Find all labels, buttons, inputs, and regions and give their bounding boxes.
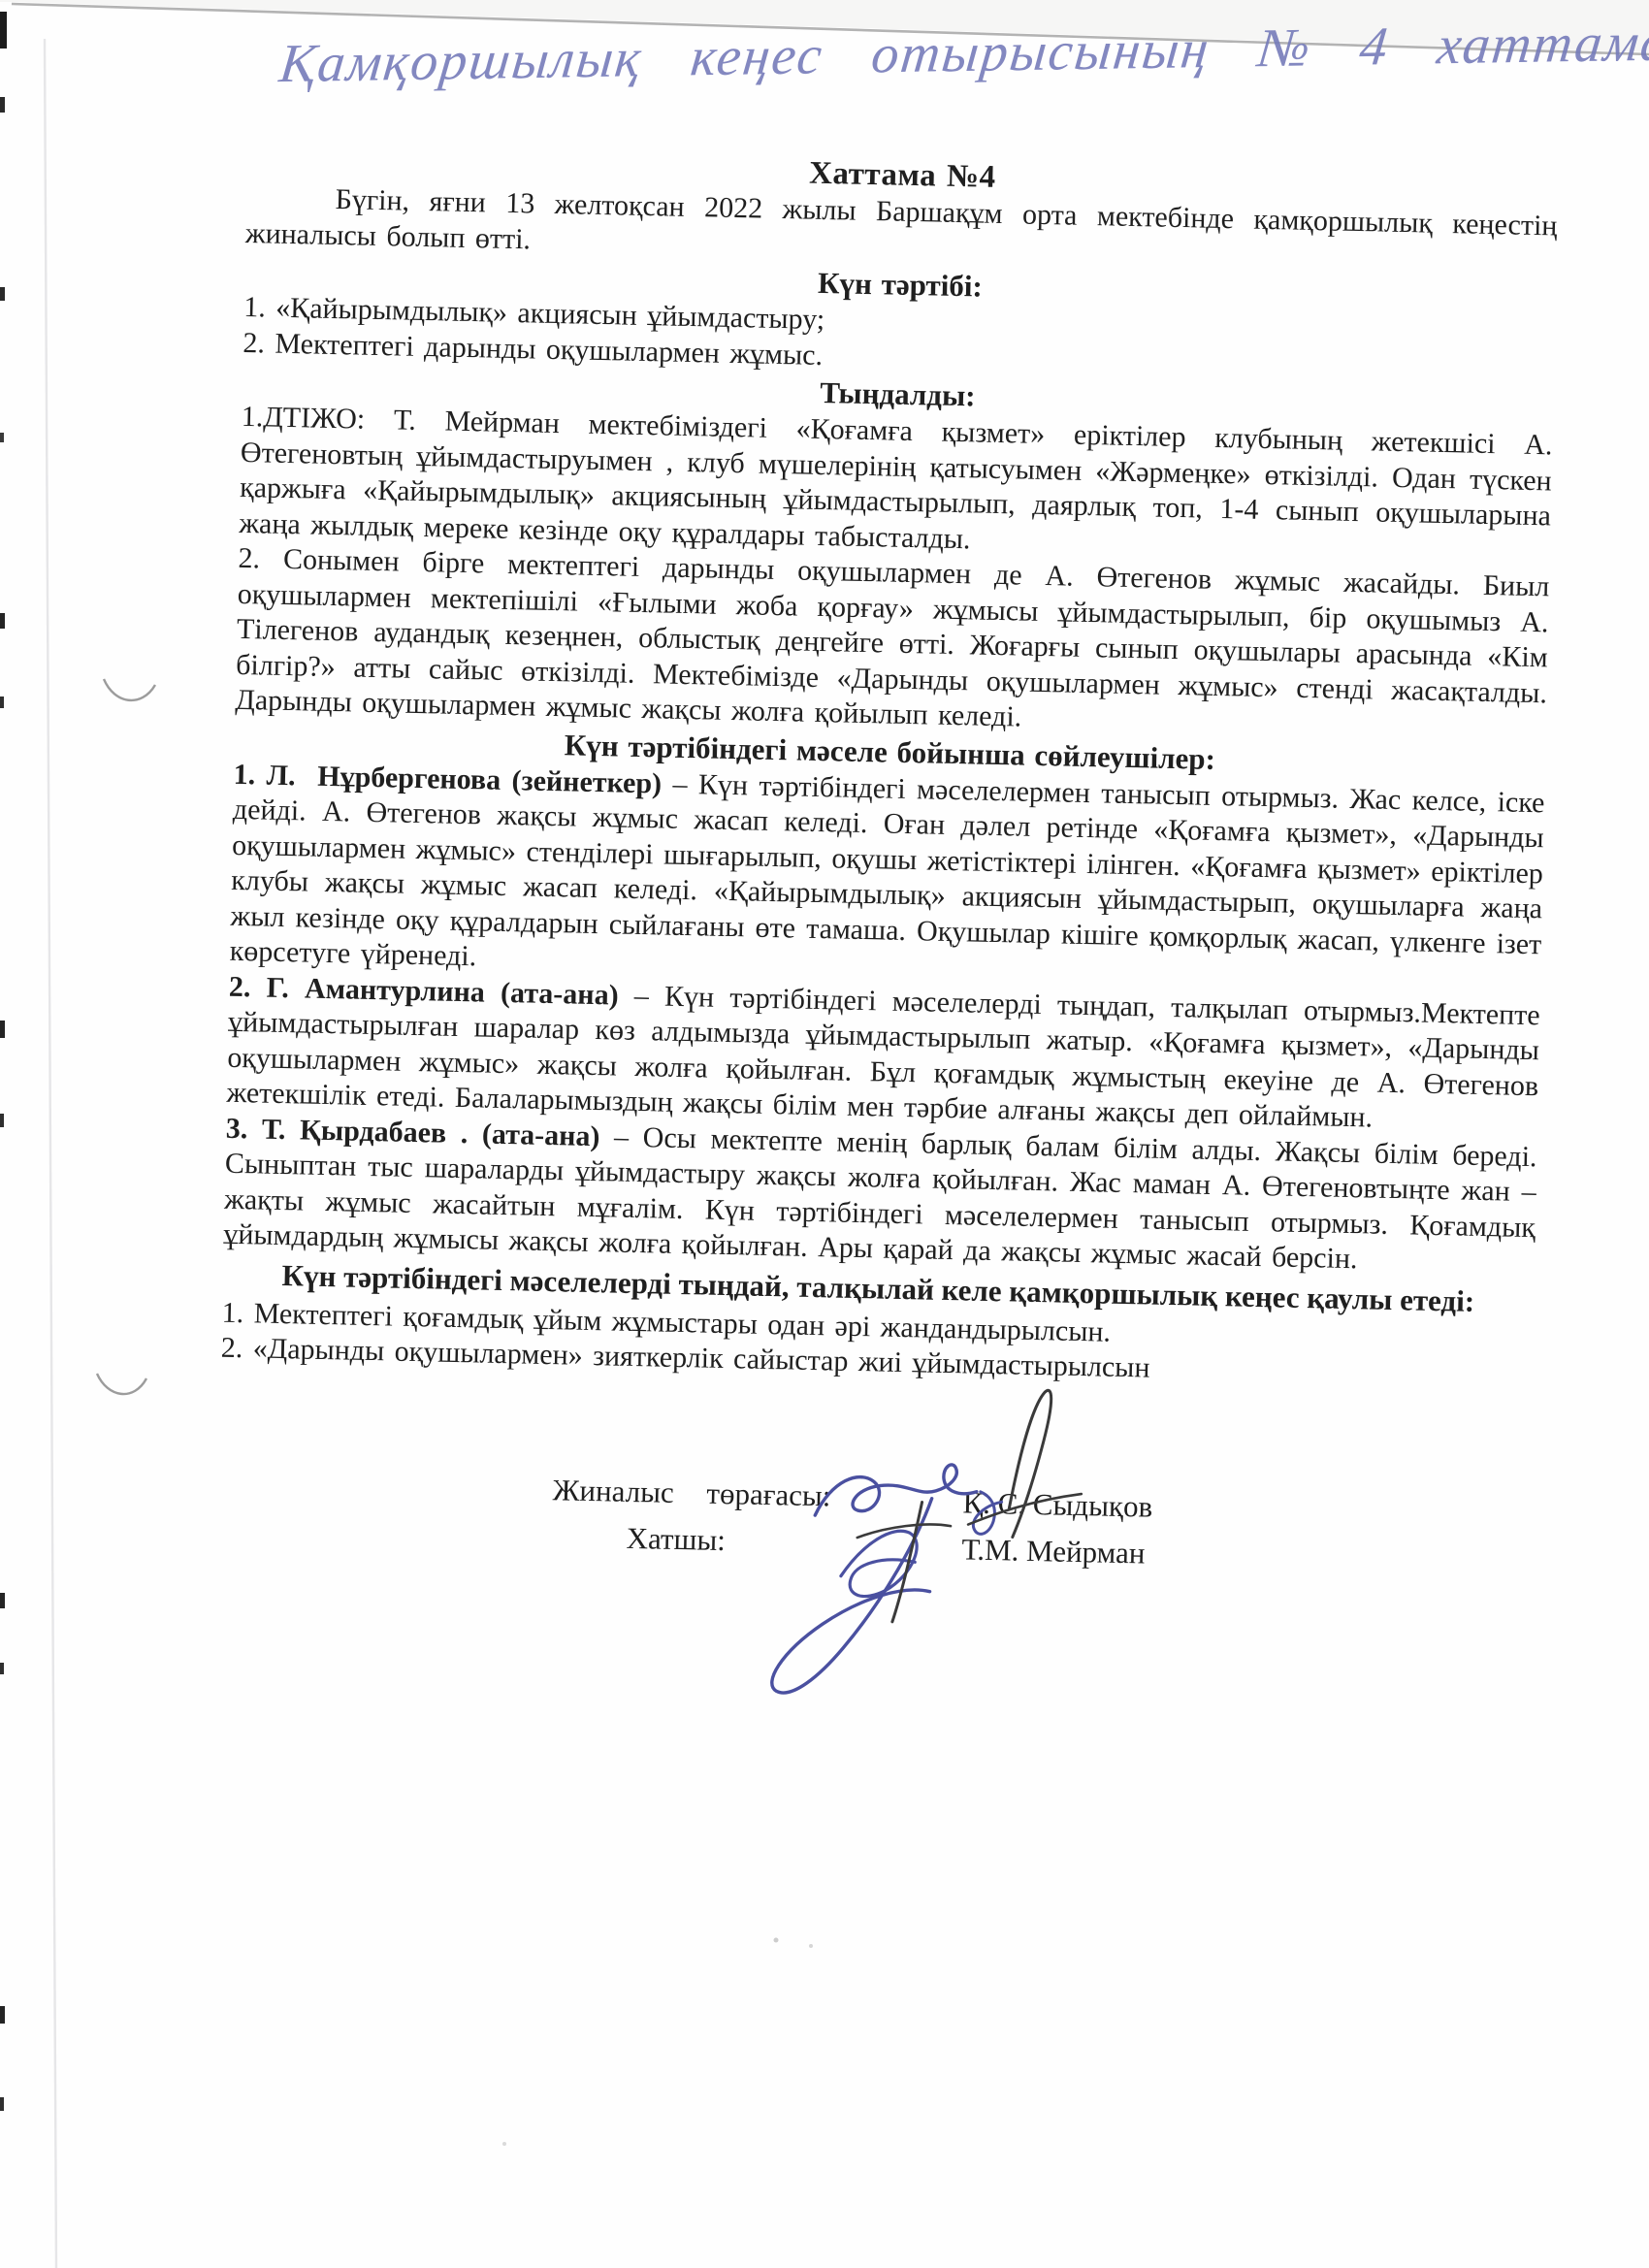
speaker-text: – Күн тәртібіндегі мәселелермен танысып … [229,767,1544,972]
speaker-entry: 1. Л. Нұрбергенова (зейнеткер) – Күн тәр… [229,757,1544,997]
edge-dash [0,2097,4,2111]
speaker-name: 2. Г. Амантурлина (ата-ана) [229,970,619,1011]
edge-dash [0,697,4,708]
edge-dash [0,97,5,113]
scan-speck [809,1944,813,1948]
edge-dash [0,433,4,442]
secretary-label: Хатшы: [626,1520,726,1558]
edge-dash [0,1114,4,1127]
speaker-name: 1. Л. Нұрбергенова (зейнеткер) [233,758,662,799]
page-left-fold-line [45,39,56,2268]
scan-speck [502,2142,506,2146]
secretary-signature [737,1480,994,1719]
handwritten-title: Қамқоршылық кеңес отырысының № 4 хаттама… [276,12,1649,95]
heard-paragraph: 2. Сонымен бірге мектептегі дарынды оқуш… [235,541,1550,747]
speaker-entry: 2. Г. Амантурлина (ата-ана) – Күн тәртіб… [226,969,1540,1139]
heard-paragraph: 1.ДТІЖО: Т. Мейрман мектебіміздегі «Қоға… [239,400,1553,569]
edge-dash [0,613,5,629]
speaker-entry: 3. Т. Қырдабаев . (ата-ана) – Осы мектеп… [223,1111,1537,1280]
scanned-protocol-page: Қамқоршылық кеңес отырысының № 4 хаттама… [0,0,1649,2268]
edge-dash [0,2006,5,2024]
speaker-name: 3. Т. Қырдабаев . (ата-ана) [225,1112,599,1151]
edge-dash [0,1593,5,1608]
edge-dash [0,1021,5,1038]
edge-dash [0,12,7,49]
signature-block: Жиналыс төрағасы: Қ. С. Сыдықов Хатшы: Т… [215,1426,1531,1658]
edge-dash [0,287,5,301]
document-body: Хаттама №4 Бүгін, яғни 13 желтоқсан 2022… [215,142,1559,1659]
pencil-curve-mark [104,679,155,700]
pencil-curve-mark [97,1374,146,1394]
edge-dash [0,1663,4,1674]
scan-speck [774,1938,779,1943]
